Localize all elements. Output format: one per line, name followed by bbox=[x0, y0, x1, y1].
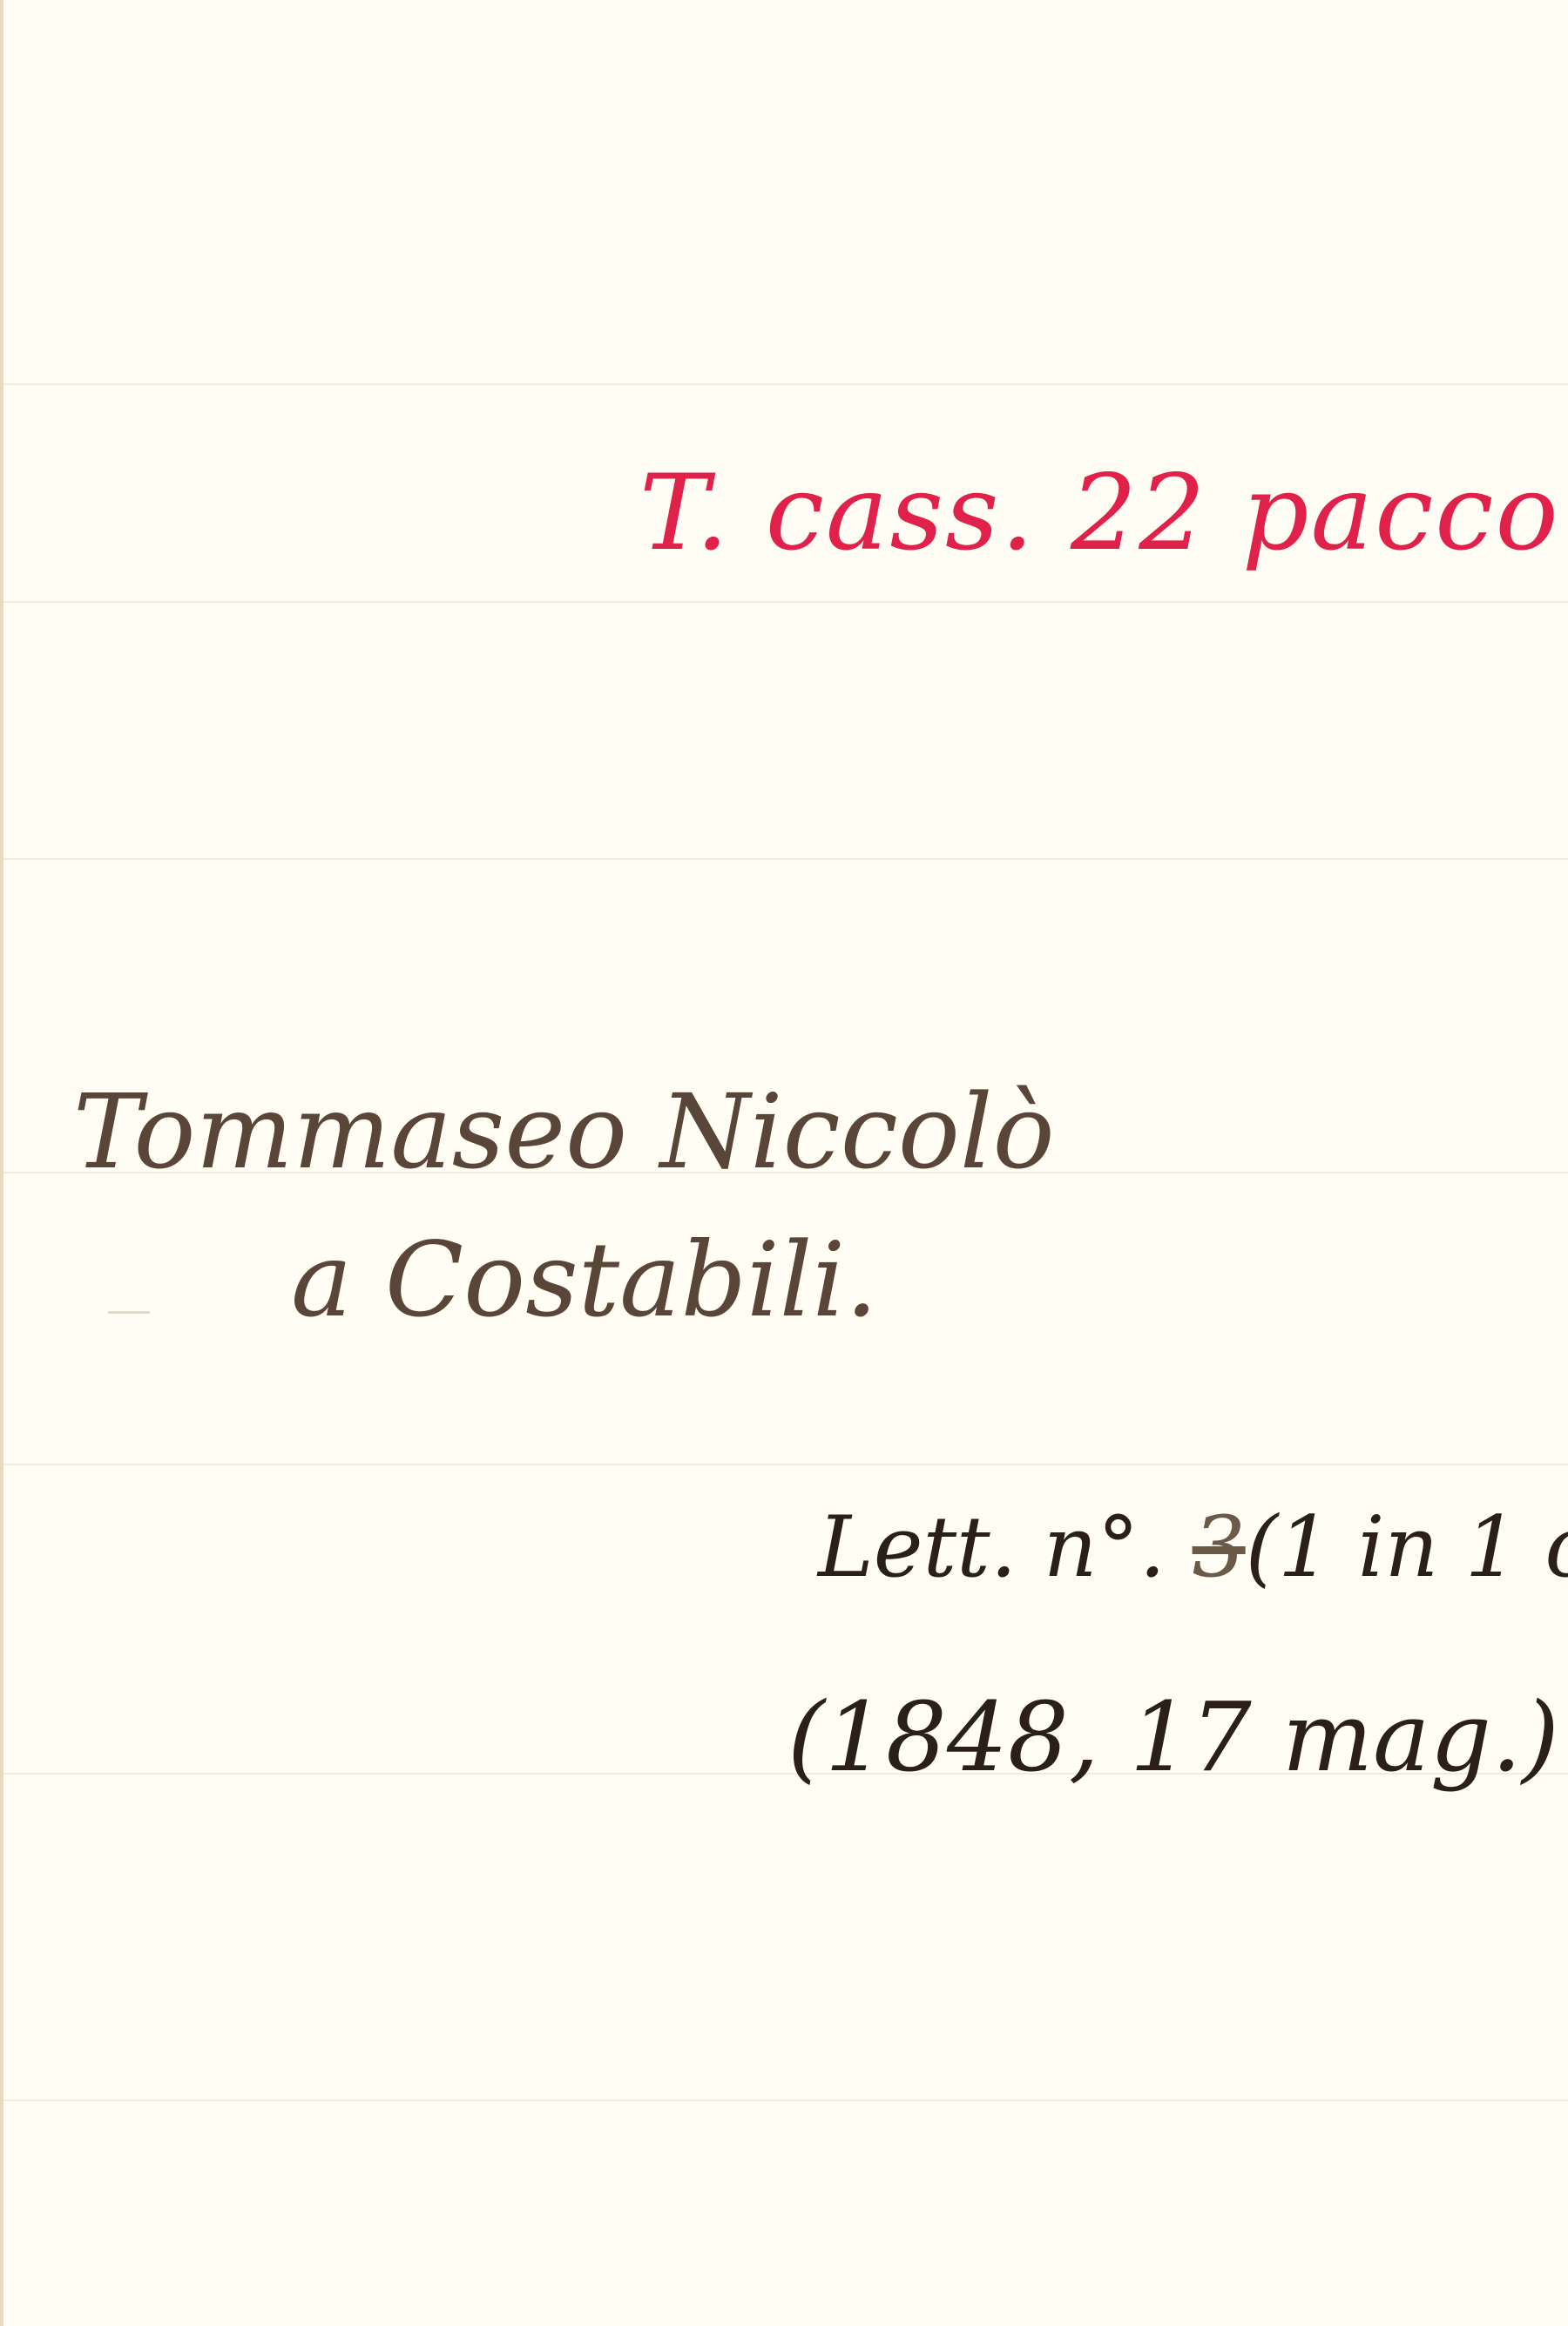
card-title-author: Tommaseo Niccolò bbox=[73, 1072, 1055, 1192]
letter-count-suffix: (1 in 1 copia bbox=[1246, 1498, 1568, 1596]
ruled-line bbox=[3, 1464, 1568, 1465]
ruled-line bbox=[3, 601, 1568, 603]
margin-mark bbox=[108, 1311, 150, 1314]
ruled-line bbox=[3, 858, 1568, 860]
letter-count-struck: 3 bbox=[1193, 1498, 1246, 1596]
ruled-line bbox=[3, 2099, 1568, 2101]
card-title-recipient: a Costabili. bbox=[291, 1220, 878, 1340]
archive-shelfmark: T. cass. 22 pacco 71.7 bbox=[639, 453, 1568, 574]
index-card: T. cass. 22 pacco 71.7 Tommaseo Niccolò … bbox=[0, 0, 1568, 2326]
ruled-line bbox=[3, 383, 1568, 385]
letter-date: (1848, 17 mag.) bbox=[787, 1681, 1559, 1793]
letter-count-note: Lett. n°. 3(1 in 1 copia bbox=[818, 1498, 1568, 1596]
letter-count-prefix: Lett. n°. bbox=[818, 1498, 1166, 1596]
shelfmark-text: T. cass. 22 pacco 71. bbox=[639, 453, 1568, 574]
